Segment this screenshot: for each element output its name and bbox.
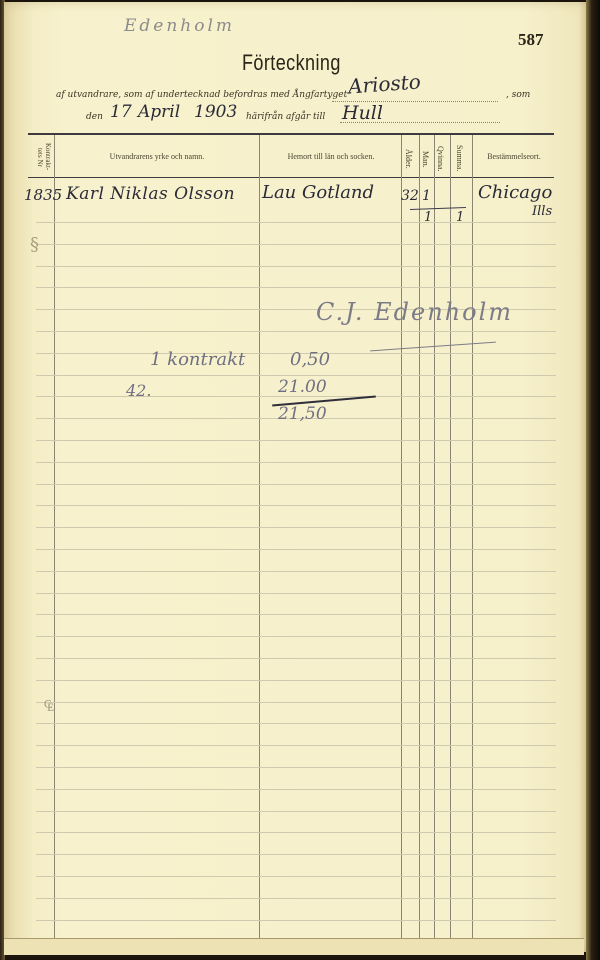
column-divider <box>419 135 420 945</box>
form-line-1-prefix: af utvandrare, som af undertecknad befor… <box>56 90 347 100</box>
ruled-line <box>36 266 556 267</box>
signature: C.J. Edenholm <box>316 298 513 326</box>
ruled-line <box>36 527 556 528</box>
column-header-destination: Bestämmelseort. <box>474 152 554 161</box>
ruled-line <box>36 702 556 703</box>
page-title: Förteckning <box>242 50 341 76</box>
male-count: 1 <box>422 188 431 204</box>
ruled-line <box>36 832 556 833</box>
form-line-2-middle: härifrån afgår till <box>246 112 325 122</box>
page-number: 587 <box>518 30 544 50</box>
ruled-line <box>36 723 556 724</box>
ruled-line <box>36 920 556 921</box>
ruled-line <box>36 854 556 855</box>
column-header-name: Utvandrarens yrke och namn. <box>56 152 258 161</box>
departure-month: April <box>138 102 180 122</box>
column-header-male: Man. <box>421 142 430 176</box>
column-header-contract-no: Kontrakt-tets Nr <box>32 139 52 175</box>
ruled-line <box>36 658 556 659</box>
ruled-line <box>36 745 556 746</box>
ruled-line <box>36 680 556 681</box>
form-line-2-prefix: den <box>86 112 103 122</box>
grand-total: 1 <box>456 210 464 225</box>
destination-port: Hull <box>342 102 383 124</box>
ruled-line <box>36 636 556 637</box>
page-edge-shadow <box>586 0 600 960</box>
next-page-edge <box>4 938 584 955</box>
ruled-line <box>36 462 556 463</box>
ruled-line <box>36 614 556 615</box>
ruled-line <box>36 593 556 594</box>
destination: Chicago <box>478 182 552 203</box>
table-top-rule <box>28 133 554 135</box>
ruled-line <box>36 375 556 376</box>
emigrant-name: Karl Niklas Olsson <box>66 184 235 204</box>
signature-flourish <box>370 342 496 352</box>
column-divider <box>450 135 451 945</box>
pencil-annotation: Edenholm <box>124 16 235 36</box>
ruled-line <box>36 898 556 899</box>
ruled-line <box>36 331 556 332</box>
column-divider <box>259 135 260 945</box>
fee-amount: 21.00 <box>278 377 327 397</box>
ruled-line <box>36 287 556 288</box>
column-divider <box>54 135 55 945</box>
fee-sum: 21,50 <box>278 404 327 424</box>
ruled-line <box>36 484 556 485</box>
margin-mark-icon: ₠ <box>44 696 54 716</box>
column-divider <box>472 135 473 945</box>
ruled-line <box>36 505 556 506</box>
ruled-line <box>36 571 556 572</box>
destination-state: Ills <box>532 204 552 219</box>
ruled-line <box>36 767 556 768</box>
ruled-line <box>36 811 556 812</box>
contract-number: 1835 <box>24 186 62 204</box>
column-header-total: Summa. <box>455 140 464 176</box>
contract-label: 1 kontrakt <box>150 349 245 370</box>
table-header-rule <box>28 177 554 178</box>
departure-day: 17 <box>110 102 132 122</box>
column-header-age: Ålder. <box>404 142 413 176</box>
ledger-page: Edenholm 587 Förteckning af utvandrare, … <box>4 2 588 952</box>
departure-year: 1903 <box>194 102 237 122</box>
home-parish: Lau Gotland <box>262 182 374 203</box>
form-line-1-suffix: , som <box>506 90 530 100</box>
emigrant-count: 42. <box>126 381 151 400</box>
ruled-line <box>36 789 556 790</box>
ship-name: Ariosto <box>347 69 421 98</box>
ruled-line <box>36 222 556 223</box>
age: 32 <box>401 188 419 204</box>
ruled-line <box>36 876 556 877</box>
contract-fee: 0,50 <box>290 349 330 370</box>
column-divider <box>434 135 435 945</box>
ruled-line <box>36 549 556 550</box>
column-header-female: Qvinna. <box>436 142 445 176</box>
ruled-line <box>36 440 556 441</box>
column-divider <box>401 135 402 945</box>
male-total: 1 <box>424 210 432 225</box>
ruled-line <box>36 244 556 245</box>
column-header-home: Hemort till län och socken. <box>261 152 401 161</box>
margin-mark-icon: § <box>30 234 39 255</box>
